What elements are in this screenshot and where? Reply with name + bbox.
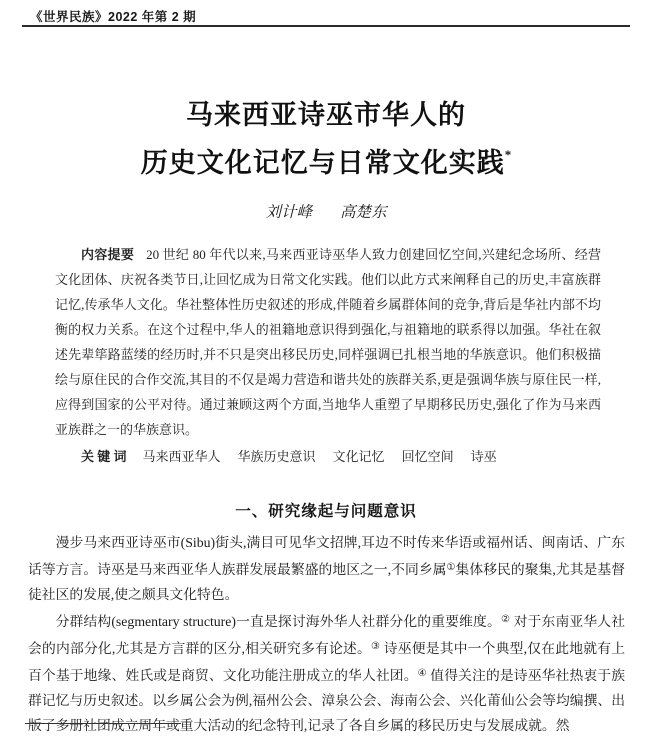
abstract-text: 20 世纪 80 年代以来,马来西亚诗巫华人致力创建回忆空间,兴建纪念场所、经营… [55,247,601,437]
footnote-ref-marker: ④ [418,668,427,679]
paper-title-line1: 马来西亚诗巫市华人的 [0,96,652,135]
abstract-label: 内容提要 [81,247,134,262]
body-paragraph: 漫步马来西亚诗巫市(Sibu)街头,满目可见华文招牌,耳边不时传来华语或福州话、… [28,530,625,607]
header-divider [22,25,630,27]
keywords-list: 马来西亚华人华族历史意识文化记忆回忆空间诗巫 [143,449,497,464]
footnote-divider [25,723,181,724]
keywords-label: 关 键 词 [81,449,127,464]
keywords-line: 关 键 词马来西亚华人华族历史意识文化记忆回忆空间诗巫 [55,446,601,465]
footnote-ref-marker: ① [447,562,456,573]
body-paragraph: 分群结构(segmentary structure)一直是探讨海外华人社群分化的… [28,607,625,736]
keyword-item: 诗巫 [471,449,497,464]
body-text: 漫步马来西亚诗巫市(Sibu)街头,满目可见华文招牌,耳边不时传来华语或福州话、… [28,530,625,736]
paper-title: 马来西亚诗巫市华人的 历史文化记忆与日常文化实践* [0,96,652,183]
author-line: 刘计峰 高楚东 [0,200,652,222]
section-heading: 一、研究缘起与问题意识 [0,499,652,521]
journal-issue-header: 《世界民族》2022 年第 2 期 [30,7,196,25]
body-text-segment: 分群结构(segmentary structure)一直是探讨海外华人社群分化的… [56,614,501,629]
author-name: 刘计峰 [266,200,313,222]
paper-title-line2-text: 历史文化记忆与日常文化实践 [141,148,505,178]
title-footnote-marker: * [505,147,512,162]
author-name: 高楚东 [340,200,387,222]
keyword-item: 文化记忆 [333,449,385,464]
keyword-item: 回忆空间 [402,449,454,464]
paper-page: 《世界民族》2022 年第 2 期 马来西亚诗巫市华人的 历史文化记忆与日常文化… [0,0,652,736]
paper-title-line2: 历史文化记忆与日常文化实践* [0,135,652,183]
footnote-ref-marker: ② [501,614,510,625]
keyword-item: 华族历史意识 [238,449,316,464]
keyword-item: 马来西亚华人 [143,449,221,464]
abstract-paragraph: 内容提要20 世纪 80 年代以来,马来西亚诗巫华人致力创建回忆空间,兴建纪念场… [55,242,601,442]
footnote-ref-marker: ③ [371,641,380,652]
